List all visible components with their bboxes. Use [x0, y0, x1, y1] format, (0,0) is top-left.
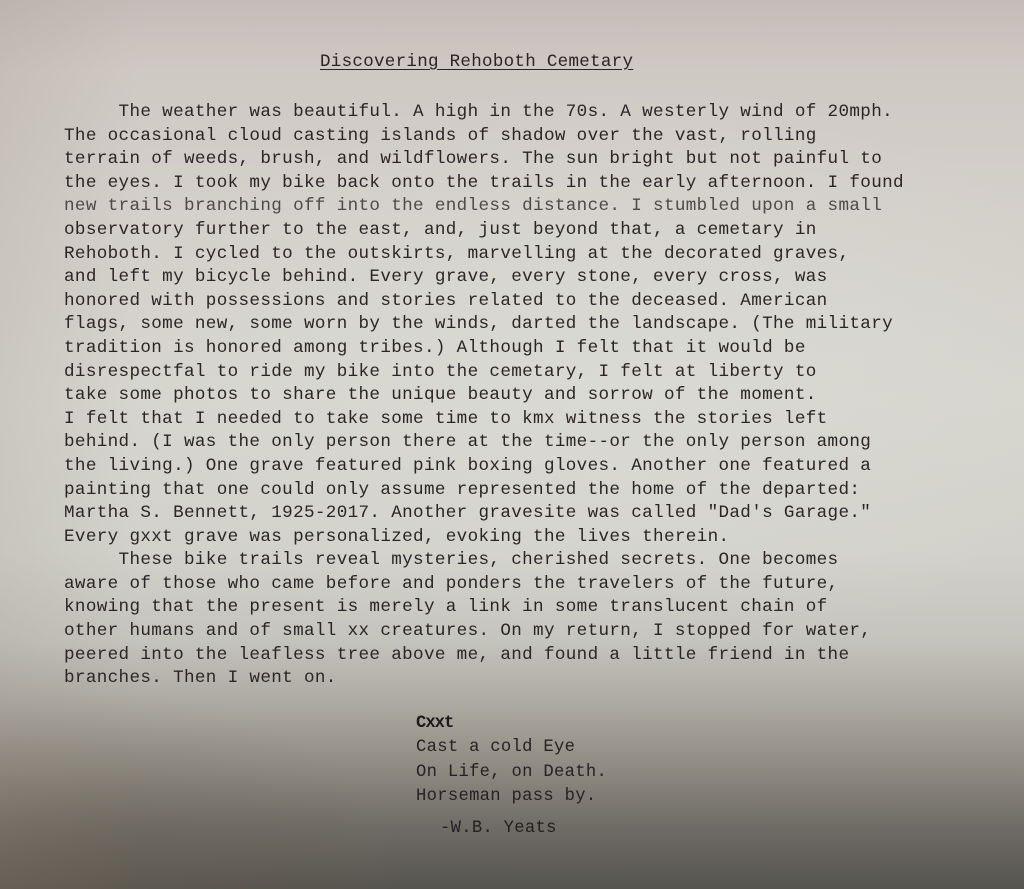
text-line: branches. Then I went on.: [64, 667, 994, 691]
body-paragraphs: The weather was beautiful. A high in the…: [64, 101, 994, 691]
text-line: terrain of weeds, brush, and wildflowers…: [64, 148, 994, 172]
text-line: The weather was beautiful. A high in the…: [64, 101, 994, 125]
text-line: other humans and of small xx creatures. …: [64, 620, 994, 644]
text-line: behind. (I was the only person there at …: [64, 431, 994, 455]
text-line: Every gxxt grave was personalized, evoki…: [64, 526, 994, 550]
poem-attribution: -W.B. Yeats: [440, 819, 557, 838]
poem-quote: Cxxt Cast a cold Eye On Life, on Death. …: [416, 712, 607, 810]
text-line: take some photos to share the unique bea…: [64, 384, 994, 408]
text-line: I felt that I needed to take some time t…: [64, 408, 994, 432]
text-line: Martha S. Bennett, 1925-2017. Another gr…: [64, 502, 994, 526]
text-line: painting that one could only assume repr…: [64, 479, 994, 503]
text-line: disrespectfal to ride my bike into the c…: [64, 361, 994, 385]
text-line: The occasional cloud casting islands of …: [64, 125, 994, 149]
text-line: flags, some new, some worn by the winds,…: [64, 313, 994, 337]
text-line: the eyes. I took my bike back onto the t…: [64, 172, 994, 196]
struck-out-word: Cxxt: [416, 712, 607, 736]
text-line: the living.) One grave featured pink box…: [64, 455, 994, 479]
text-line: tradition is honored among tribes.) Alth…: [64, 337, 994, 361]
text-line: Rehoboth. I cycled to the outskirts, mar…: [64, 243, 994, 267]
poem-line: On Life, on Death.: [416, 761, 607, 785]
poem-line: Cast a cold Eye: [416, 736, 607, 760]
text-line: new trails branching off into the endles…: [64, 195, 994, 219]
typewritten-page: Discovering Rehoboth Cemetary The weathe…: [0, 0, 1024, 889]
text-line: knowing that the present is merely a lin…: [64, 596, 994, 620]
document-title: Discovering Rehoboth Cemetary: [320, 52, 633, 72]
poem-line: Horseman pass by.: [416, 785, 607, 809]
text-line: These bike trails reveal mysteries, cher…: [64, 549, 994, 573]
text-line: honored with possessions and stories rel…: [64, 290, 994, 314]
text-line: peered into the leafless tree above me, …: [64, 644, 994, 668]
text-line: and left my bicycle behind. Every grave,…: [64, 266, 994, 290]
text-line: aware of those who came before and ponde…: [64, 573, 994, 597]
text-line: observatory further to the east, and, ju…: [64, 219, 994, 243]
